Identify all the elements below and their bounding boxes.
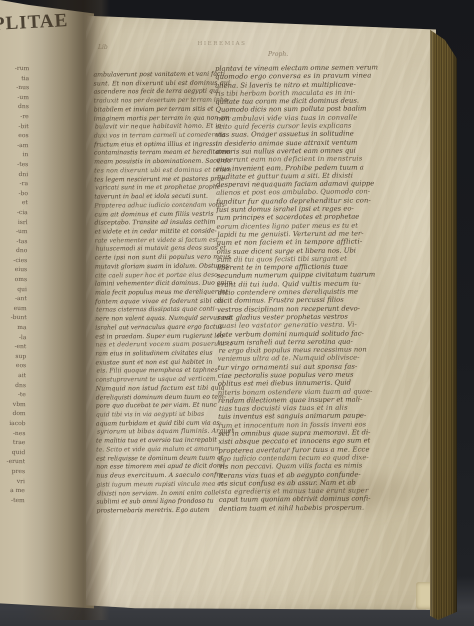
facing-page: PLITAE -rumtia-nus-umdns-re-biteos-amin-…	[0, 0, 94, 612]
facing-page-heading: PLITAE	[0, 10, 69, 36]
running-header-left: Lib	[98, 44, 108, 51]
running-header-right: Proph.	[268, 51, 288, 58]
text-column-right: plantavi te vineam electam omne semen ve…	[215, 63, 398, 517]
facing-page-text-fragments: -rumtia-nus-umdns-re-biteos-amin-tesdni-…	[0, 64, 29, 506]
recto-page: Lib HIEREMIAS Proph. ambulaverunt post v…	[86, 14, 436, 610]
running-header-center: HIEREMIAS	[182, 41, 262, 48]
text-column-left: ambulaverunt post vanitatem et vani fact…	[93, 71, 233, 520]
manuscript-photo: PLITAE -rumtia-nus-umdns-re-biteos-amin-…	[0, 0, 474, 626]
book-fore-edge	[430, 28, 457, 620]
